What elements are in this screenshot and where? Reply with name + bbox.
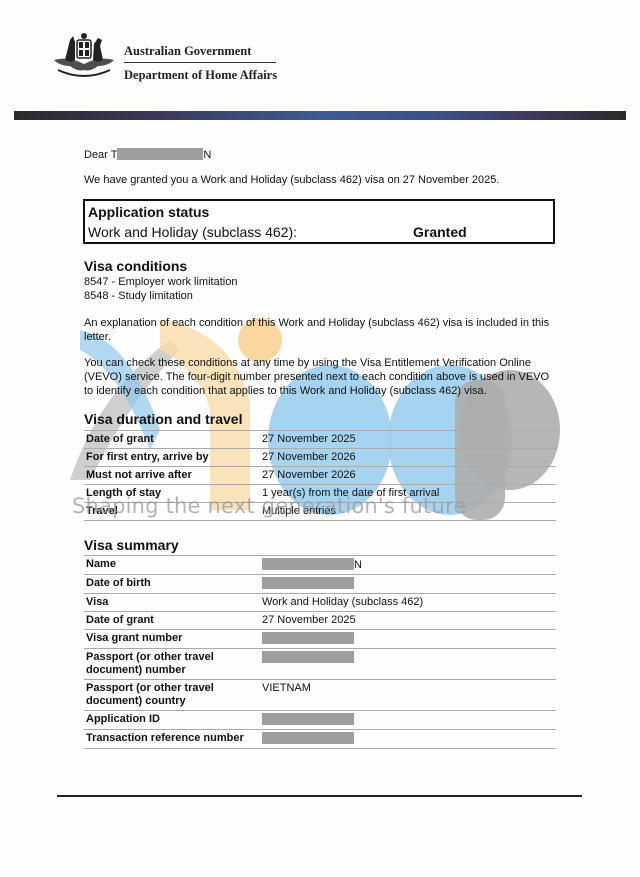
redacted-value: [262, 651, 354, 663]
row-value: VIETNAM: [260, 680, 556, 711]
row-value: [260, 730, 556, 749]
salutation-prefix: Dear T: [84, 149, 117, 161]
row-value: [260, 711, 556, 730]
row-label: Visa grant number: [84, 630, 260, 649]
table-row: Date of birth: [84, 575, 556, 594]
redacted-value: [262, 558, 354, 570]
row-label: Must not arrive after: [84, 467, 260, 485]
table-row: Date of grant27 November 2025: [84, 612, 556, 630]
department-name: Department of Home Affairs: [124, 68, 276, 82]
row-label: Passport (or other travel document) numb…: [84, 649, 260, 680]
application-status-box: Application status Work and Holiday (sub…: [83, 199, 555, 244]
table-row: Must not arrive after27 November 2026: [84, 467, 556, 485]
row-value: Work and Holiday (subclass 462): [260, 594, 556, 612]
table-row: For first entry, arrive by27 November 20…: [84, 449, 556, 467]
row-label: Date of birth: [84, 575, 260, 594]
conditions-explanation: An explanation of each condition of this…: [84, 316, 556, 344]
table-row: VisaWork and Holiday (subclass 462): [84, 594, 556, 612]
visa-duration-heading: Visa duration and travel: [84, 411, 242, 427]
row-value: 27 November 2025: [260, 612, 556, 630]
redacted-name: [117, 148, 203, 160]
coat-of-arms-icon: [48, 30, 120, 82]
visa-summary-heading: Visa summary: [84, 537, 179, 553]
salutation-suffix: N: [203, 149, 211, 161]
row-value: 27 November 2026: [260, 467, 556, 485]
row-label: Transaction reference number: [84, 730, 260, 749]
application-status-value: Granted: [413, 224, 467, 240]
application-status-title: Application status: [88, 204, 209, 220]
name-suffix: N: [354, 559, 362, 571]
watermark-tagline: Shaping the next generation's future: [72, 494, 466, 518]
redacted-value: [262, 577, 354, 589]
row-label: Date of grant: [84, 431, 260, 449]
table-row: Passport (or other travel document) numb…: [84, 649, 556, 680]
redacted-value: [262, 713, 354, 725]
table-row: Transaction reference number: [84, 730, 556, 749]
row-value: 27 November 2026: [260, 449, 556, 467]
table-row: Application ID: [84, 711, 556, 730]
header-band: [14, 111, 626, 120]
row-label: Name: [84, 556, 260, 575]
condition-item: 8547 - Employer work limitation: [84, 275, 237, 289]
redacted-value: [262, 632, 354, 644]
vevo-explanation: You can check these conditions at any ti…: [84, 356, 556, 398]
application-status-visa: Work and Holiday (subclass 462):: [88, 224, 297, 240]
wordmark-divider: [124, 62, 276, 63]
table-row: Date of grant27 November 2025: [84, 431, 556, 449]
footer-divider: [57, 795, 582, 797]
redacted-value: [262, 732, 354, 744]
table-row: Visa grant number: [84, 630, 556, 649]
condition-item: 8548 - Study limitation: [84, 289, 237, 303]
row-value: N: [260, 556, 556, 575]
table-row: NameN: [84, 556, 556, 575]
table-row: Passport (or other travel document) coun…: [84, 680, 556, 711]
visa-summary-table: NameN Date of birth VisaWork and Holiday…: [84, 555, 556, 749]
row-value: [260, 630, 556, 649]
organisation-name: Australian Government: [124, 44, 276, 58]
row-label: Application ID: [84, 711, 260, 730]
row-value: 27 November 2025: [260, 431, 556, 449]
row-label: Visa: [84, 594, 260, 612]
row-label: For first entry, arrive by: [84, 449, 260, 467]
row-value: [260, 649, 556, 680]
government-wordmark: Australian Government Department of Home…: [124, 44, 276, 82]
salutation: Dear TN: [84, 148, 211, 161]
row-label: Date of grant: [84, 612, 260, 630]
row-label: Passport (or other travel document) coun…: [84, 680, 260, 711]
visa-conditions-heading: Visa conditions: [84, 258, 187, 274]
row-value: [260, 575, 556, 594]
letterhead: Australian Government Department of Home…: [0, 0, 640, 110]
grant-intro: We have granted you a Work and Holiday (…: [84, 174, 499, 186]
visa-conditions-list: 8547 - Employer work limitation 8548 - S…: [84, 275, 237, 303]
